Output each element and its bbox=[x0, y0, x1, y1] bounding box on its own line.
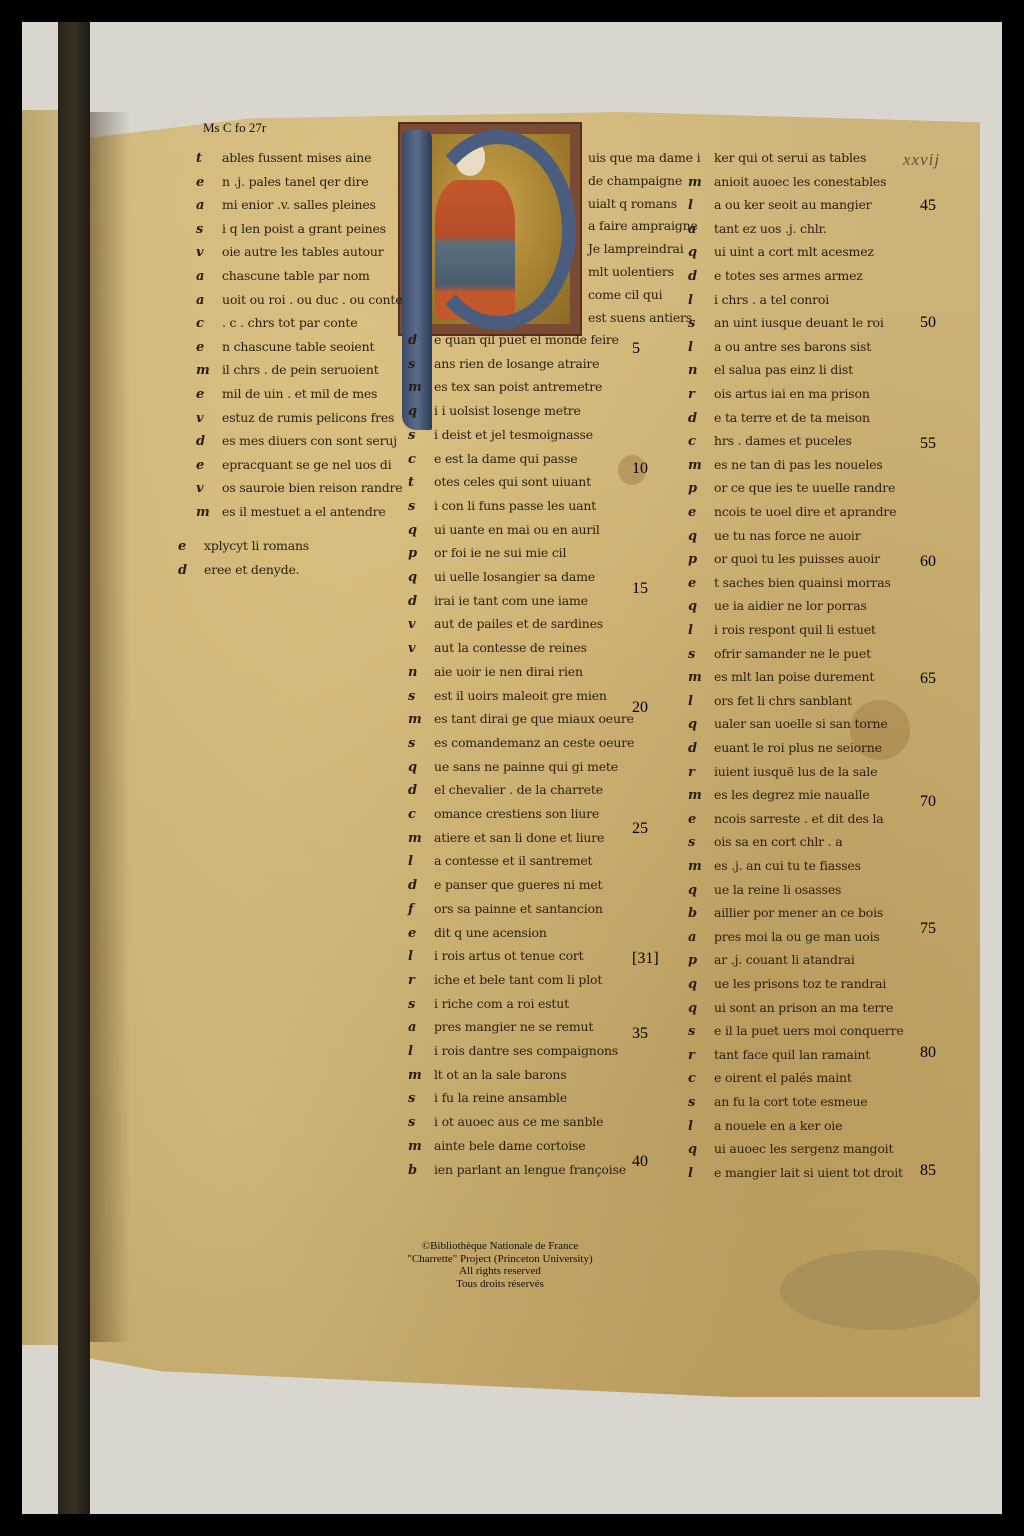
line-initial: q bbox=[408, 523, 434, 538]
verse-line: mes ne tan di pas les noueles bbox=[688, 457, 883, 479]
line-text: ans rien de losange atraire bbox=[434, 356, 599, 371]
verse-line: baillier por mener an ce bois bbox=[688, 905, 883, 927]
line-initial: f bbox=[408, 902, 434, 917]
verse-line: comance crestiens son liure bbox=[408, 806, 599, 828]
line-text: mil de uin . et mil de mes bbox=[222, 386, 377, 401]
line-text: eree et denyde. bbox=[204, 562, 299, 577]
verse-line: ce est la dame qui passe bbox=[408, 451, 577, 473]
verse-line: et saches bien quainsi morras bbox=[688, 575, 891, 597]
verse-line: explycyt li romans bbox=[178, 538, 309, 560]
line-initial: q bbox=[408, 404, 434, 419]
verse-line: la ou ker seoit au mangier bbox=[688, 197, 871, 219]
copyright-line: Tous droits réservés bbox=[380, 1278, 620, 1291]
line-initial: m bbox=[688, 859, 714, 874]
line-initial: p bbox=[408, 546, 434, 561]
line-initial: s bbox=[688, 1024, 714, 1039]
line-text: i fu la reine ansamble bbox=[434, 1090, 567, 1105]
line-initial: p bbox=[688, 481, 714, 496]
line-initial: s bbox=[408, 997, 434, 1012]
line-text: ui uelle losangier sa dame bbox=[434, 569, 595, 584]
line-initial: s bbox=[688, 835, 714, 850]
line-initial: m bbox=[196, 363, 222, 378]
verse-line: riche et bele tant com li plot bbox=[408, 972, 602, 994]
line-initial: s bbox=[408, 428, 434, 443]
line-initial: l bbox=[408, 1044, 434, 1059]
line-number: 60 bbox=[920, 553, 936, 571]
line-initial: c bbox=[688, 1071, 714, 1086]
verse-line: apres moi la ou ge man uois bbox=[688, 929, 880, 951]
line-initial: s bbox=[196, 222, 222, 237]
line-initial: r bbox=[688, 765, 714, 780]
line-initial: l bbox=[688, 623, 714, 638]
line-initial: d bbox=[408, 783, 434, 798]
copyright-line: "Charrette" Project (Princeton Universit… bbox=[380, 1253, 620, 1266]
line-initial: a bbox=[688, 930, 714, 945]
line-text: n chascune table seoient bbox=[222, 339, 374, 354]
line-initial: s bbox=[688, 316, 714, 331]
line-initial: l bbox=[688, 198, 714, 213]
verse-line: si con li funs passe les uant bbox=[408, 498, 596, 520]
line-text: ainte bele dame cortoise bbox=[434, 1138, 585, 1153]
line-initial: l bbox=[688, 293, 714, 308]
line-initial: r bbox=[408, 973, 434, 988]
verse-line: Je lampreindrai bbox=[588, 241, 684, 263]
line-text: euant le roi plus ne seiorne bbox=[714, 740, 882, 755]
line-initial: p bbox=[688, 953, 714, 968]
line-initial: s bbox=[408, 357, 434, 372]
verse-line: uis que ma dame i bbox=[588, 150, 700, 172]
verse-line: sans rien de losange atraire bbox=[408, 356, 599, 378]
line-initial: e bbox=[196, 340, 222, 355]
line-initial: e bbox=[178, 539, 204, 554]
line-text: e est la dame qui passe bbox=[434, 451, 577, 466]
line-text: ar .j. couant li atandrai bbox=[714, 952, 855, 967]
line-text: ui auoec les sergenz mangoit bbox=[714, 1141, 893, 1156]
verse-line: por quoi tu les puisses auoir bbox=[688, 551, 880, 573]
verse-line: del chevalier . de la charrete bbox=[408, 782, 603, 804]
verse-line: qui uante en mai ou en auril bbox=[408, 522, 600, 544]
line-text: es mes diuers con sont seruj bbox=[222, 433, 397, 448]
verse-line: vaut de pailes et de sardines bbox=[408, 616, 603, 638]
line-initial: a bbox=[688, 222, 714, 237]
line-initial: a bbox=[408, 1020, 434, 1035]
verse-line: de ta terre et de ta meison bbox=[688, 410, 870, 432]
line-initial: s bbox=[688, 1095, 714, 1110]
verse-line: qi i uolsist losenge metre bbox=[408, 403, 581, 425]
line-initial: q bbox=[408, 760, 434, 775]
line-text: ui uante en mai ou en auril bbox=[434, 522, 600, 537]
line-initial: d bbox=[688, 411, 714, 426]
verse-line: par .j. couant li atandrai bbox=[688, 952, 855, 974]
line-text: aillier por mener an ce bois bbox=[714, 905, 883, 920]
line-text: es tant dirai ge que miaux oeure bbox=[434, 711, 634, 726]
line-text: ors sa painne et santancion bbox=[434, 901, 603, 916]
line-text: a contesse et il santremet bbox=[434, 853, 592, 868]
line-text: dit q une acension bbox=[434, 925, 547, 940]
line-initial: a bbox=[196, 269, 222, 284]
line-text: e quan qil puet el monde feire bbox=[434, 332, 619, 347]
verse-line: si deist et jel tesmoignasse bbox=[408, 427, 593, 449]
line-number: 25 bbox=[632, 820, 648, 838]
line-initial: s bbox=[408, 499, 434, 514]
line-initial: q bbox=[688, 883, 714, 898]
verse-line: apres mangier ne se remut bbox=[408, 1019, 593, 1041]
verse-line: lors fet li chrs sanblant bbox=[688, 693, 852, 715]
line-text: e mangier lait si uient tot droit bbox=[714, 1165, 903, 1180]
line-text: ue tu nas force ne auoir bbox=[714, 528, 860, 543]
line-initial: c bbox=[408, 452, 434, 467]
line-initial: a bbox=[196, 293, 222, 308]
line-initial: d bbox=[408, 333, 434, 348]
verse-line: auoit ou roi . ou duc . ou conte bbox=[196, 292, 402, 314]
line-initial: m bbox=[688, 788, 714, 803]
verse-line: rois artus iai en ma prison bbox=[688, 386, 870, 408]
line-text: es les degrez mie naualle bbox=[714, 787, 870, 802]
line-text: mi enior .v. salles pleines bbox=[222, 197, 376, 212]
line-text: iuient iusquë lus de la sale bbox=[714, 764, 877, 779]
line-initial: d bbox=[178, 563, 204, 578]
verse-line: que sans ne painne qui gi mete bbox=[408, 759, 618, 781]
line-number: 10 bbox=[632, 460, 648, 478]
line-initial: m bbox=[688, 175, 714, 190]
line-initial: q bbox=[408, 570, 434, 585]
line-text: lt ot an la sale barons bbox=[434, 1067, 566, 1082]
line-number: 85 bbox=[920, 1162, 936, 1180]
line-number: 20 bbox=[632, 699, 648, 717]
line-text: el salua pas einz li dist bbox=[714, 362, 853, 377]
line-text: ncois sarreste . et dit des la bbox=[714, 811, 884, 826]
line-initial: q bbox=[688, 977, 714, 992]
line-text: el chevalier . de la charrete bbox=[434, 782, 603, 797]
line-text: pres mangier ne se remut bbox=[434, 1019, 593, 1034]
verse-line: encois te uoel dire et aprandre bbox=[688, 504, 896, 526]
verse-line: sois sa en cort chlr . a bbox=[688, 834, 842, 856]
line-initial: l bbox=[688, 1166, 714, 1181]
line-text: es ne tan di pas les noueles bbox=[714, 457, 883, 472]
line-initial: n bbox=[688, 363, 714, 378]
verse-line: matiere et san li done et liure bbox=[408, 830, 604, 852]
stain bbox=[780, 1250, 980, 1330]
line-initial: s bbox=[688, 647, 714, 662]
verse-line: chrs . dames et puceles bbox=[688, 433, 852, 455]
line-text: iche et bele tant com li plot bbox=[434, 972, 602, 987]
line-initial: q bbox=[688, 599, 714, 614]
line-initial: p bbox=[688, 552, 714, 567]
line-text: a nouele en a ker oie bbox=[714, 1118, 842, 1133]
verse-line: nel salua pas einz li dist bbox=[688, 362, 853, 384]
verse-line: san uint iusque deuant le roi bbox=[688, 315, 884, 337]
line-number: 50 bbox=[920, 314, 936, 332]
verse-line: se il la puet uers moi conquerre bbox=[688, 1023, 904, 1045]
line-initial: l bbox=[408, 854, 434, 869]
verse-line: totes celes qui sont uiuant bbox=[408, 474, 591, 496]
line-initial: s bbox=[408, 689, 434, 704]
line-text: otes celes qui sont uiuant bbox=[434, 474, 591, 489]
verse-line: riuient iusquë lus de la sale bbox=[688, 764, 877, 786]
verse-line: si riche com a roi estut bbox=[408, 996, 569, 1018]
line-initial: d bbox=[196, 434, 222, 449]
line-initial: l bbox=[688, 340, 714, 355]
verse-line: la nouele en a ker oie bbox=[688, 1118, 842, 1140]
line-initial: l bbox=[688, 694, 714, 709]
verse-line: tables fussent mises aine bbox=[196, 150, 371, 172]
line-text: ois artus iai en ma prison bbox=[714, 386, 870, 401]
verse-line: qui uelle losangier sa dame bbox=[408, 569, 595, 591]
verse-line: de totes ses armes armez bbox=[688, 268, 863, 290]
verse-line: mes tex san poist antremetre bbox=[408, 379, 602, 401]
line-number: 15 bbox=[632, 580, 648, 598]
line-number: 55 bbox=[920, 435, 936, 453]
line-text: i deist et jel tesmoignasse bbox=[434, 427, 593, 442]
line-text: atiere et san li done et liure bbox=[434, 830, 604, 845]
line-initial: e bbox=[196, 458, 222, 473]
line-initial: c bbox=[688, 434, 714, 449]
line-number: 75 bbox=[920, 920, 936, 938]
line-text: pres moi la ou ge man uois bbox=[714, 929, 880, 944]
line-initial: m bbox=[408, 380, 434, 395]
line-number: 80 bbox=[920, 1044, 936, 1062]
line-text: uoit ou roi . ou duc . ou conte bbox=[222, 292, 402, 307]
line-text: ue la reine li osasses bbox=[714, 882, 841, 897]
verse-line: mes tant dirai ge que miaux oeure bbox=[408, 711, 634, 733]
line-initial: r bbox=[688, 387, 714, 402]
verse-line: por foi ie ne sui mie cil bbox=[408, 545, 566, 567]
line-text: e ta terre et de ta meison bbox=[714, 410, 870, 425]
line-text: i riche com a roi estut bbox=[434, 996, 569, 1011]
line-text: tant ez uos .j. chlr. bbox=[714, 221, 827, 236]
line-text: e il la puet uers moi conquerre bbox=[714, 1023, 904, 1038]
line-initial: m bbox=[196, 505, 222, 520]
line-initial: b bbox=[688, 906, 714, 921]
verse-line: si q len poist a grant peines bbox=[196, 221, 386, 243]
line-initial: m bbox=[408, 1139, 434, 1154]
verse-line: des mes diuers con sont seruj bbox=[196, 433, 397, 455]
line-initial: l bbox=[688, 1119, 714, 1134]
verse-line: si fu la reine ansamble bbox=[408, 1090, 567, 1112]
verse-line: que les prisons toz te randrai bbox=[688, 976, 886, 998]
line-text: e panser que gueres ni met bbox=[434, 877, 602, 892]
line-text: ables fussent mises aine bbox=[222, 150, 371, 165]
line-initial: e bbox=[196, 175, 222, 190]
verse-line: vos sauroie bien reison randre bbox=[196, 480, 403, 502]
line-text: es .j. an cui tu te fiasses bbox=[714, 858, 861, 873]
verse-line: vestuz de rumis pelicons fres bbox=[196, 410, 394, 432]
line-initial: q bbox=[688, 717, 714, 732]
line-number: 70 bbox=[920, 793, 936, 811]
verse-line: ses comandemanz an ceste oeure bbox=[408, 735, 634, 757]
line-text: xplycyt li romans bbox=[204, 538, 309, 553]
line-text: i rois respont quil li estuet bbox=[714, 622, 876, 637]
copyright-notice: ©Bibliothèque Nationale de France "Charr… bbox=[380, 1240, 620, 1290]
line-text: ualer san uoelle si san torne bbox=[714, 716, 888, 731]
line-number: 45 bbox=[920, 197, 936, 215]
verse-line: sest il uoirs maleoit gre mien bbox=[408, 688, 607, 710]
line-initial: s bbox=[408, 736, 434, 751]
line-text: tant face quil lan ramaint bbox=[714, 1047, 870, 1062]
line-text: a ou ker seoit au mangier bbox=[714, 197, 871, 212]
line-text: omance crestiens son liure bbox=[434, 806, 599, 821]
verse-line: qui auoec les sergenz mangoit bbox=[688, 1141, 893, 1163]
line-initial: l bbox=[408, 949, 434, 964]
verse-line: le mangier lait si uient tot droit bbox=[688, 1165, 903, 1187]
verse-line: que la reine li osasses bbox=[688, 882, 841, 904]
verse-line: manioit auoec les conestables bbox=[688, 174, 886, 196]
line-text: ker qui ot serui as tables bbox=[714, 150, 866, 165]
line-initial: m bbox=[688, 458, 714, 473]
verse-line: deuant le roi plus ne seiorne bbox=[688, 740, 882, 762]
line-number: 40 bbox=[632, 1153, 648, 1171]
verse-line: a faire ampraigne bbox=[588, 218, 698, 240]
verse-line: naie uoir ie nen dirai rien bbox=[408, 664, 583, 686]
verse-line: sofrir samander ne le puet bbox=[688, 646, 871, 668]
line-text: i rois dantre ses compaignons bbox=[434, 1043, 618, 1058]
line-text: e oirent el palés maint bbox=[714, 1070, 852, 1085]
leaf-gutter-shadow bbox=[90, 112, 130, 1342]
line-number: 5 bbox=[632, 340, 640, 358]
copyright-line: ©Bibliothèque Nationale de France bbox=[380, 1240, 620, 1253]
line-text: or quoi tu les puisses auoir bbox=[714, 551, 880, 566]
verse-line: la ou antre ses barons sist bbox=[688, 339, 871, 361]
line-text: i i uolsist losenge metre bbox=[434, 403, 581, 418]
verse-line: de panser que gueres ni met bbox=[408, 877, 602, 899]
line-text: aie uoir ie nen dirai rien bbox=[434, 664, 583, 679]
line-text: i ot auoec aus ce me sanble bbox=[434, 1114, 603, 1129]
line-initial: d bbox=[688, 269, 714, 284]
verse-line: c. c . chrs tot par conte bbox=[196, 315, 357, 337]
line-text: or ce que ies te uuelle randre bbox=[714, 480, 895, 495]
line-initial: v bbox=[196, 481, 222, 496]
folio-marking: xxvij bbox=[903, 150, 940, 170]
verse-line: de quan qil puet el monde feire bbox=[408, 332, 619, 354]
verse-line: ker qui ot serui as tables bbox=[688, 150, 866, 172]
line-initial: b bbox=[408, 1163, 434, 1178]
line-text: aut la contesse de reines bbox=[434, 640, 587, 655]
line-text: es comandemanz an ceste oeure bbox=[434, 735, 634, 750]
line-initial: m bbox=[408, 712, 434, 727]
line-initial: d bbox=[688, 741, 714, 756]
verse-line: li rois artus ot tenue cort bbox=[408, 948, 584, 970]
line-text: ois sa en cort chlr . a bbox=[714, 834, 842, 849]
line-text: ue sans ne painne qui gi mete bbox=[434, 759, 618, 774]
line-text: estuz de rumis pelicons fres bbox=[222, 410, 394, 425]
verse-line: qui sont an prison an ma terre bbox=[688, 1000, 893, 1022]
line-initial: t bbox=[196, 151, 222, 166]
verse-line: deree et denyde. bbox=[178, 562, 299, 584]
line-text: anioit auoec les conestables bbox=[714, 174, 886, 189]
line-initial: m bbox=[408, 831, 434, 846]
verse-line: en .j. pales tanel qer dire bbox=[196, 174, 368, 196]
line-text: es il mestuet a el antendre bbox=[222, 504, 386, 519]
line-text: ui sont an prison an ma terre bbox=[714, 1000, 893, 1015]
line-text: os sauroie bien reison randre bbox=[222, 480, 403, 495]
verse-line: que tu nas force ne auoir bbox=[688, 528, 860, 550]
line-number: 65 bbox=[920, 670, 936, 688]
verse-line: la contesse et il santremet bbox=[408, 853, 592, 875]
verse-line: dirai ie tant com une iame bbox=[408, 593, 588, 615]
line-text: ors fet li chrs sanblant bbox=[714, 693, 852, 708]
verse-line: eepracquant se ge nel uos di bbox=[196, 457, 392, 479]
line-initial: n bbox=[408, 665, 434, 680]
verse-line: encois sarreste . et dit des la bbox=[688, 811, 884, 833]
line-text: es mlt lan poise durement bbox=[714, 669, 874, 684]
line-text: i chrs . a tel conroi bbox=[714, 292, 829, 307]
line-initial: q bbox=[688, 245, 714, 260]
line-initial: e bbox=[688, 812, 714, 827]
verse-line: li rois dantre ses compaignons bbox=[408, 1043, 618, 1065]
line-initial: d bbox=[408, 878, 434, 893]
line-initial: q bbox=[688, 1001, 714, 1016]
verse-line: li chrs . a tel conroi bbox=[688, 292, 829, 314]
line-initial: v bbox=[196, 411, 222, 426]
shelfmark-label: Ms C fo 27r bbox=[203, 120, 266, 136]
line-initial: e bbox=[408, 926, 434, 941]
line-text: i q len poist a grant peines bbox=[222, 221, 386, 236]
verse-line: qualer san uoelle si san torne bbox=[688, 716, 888, 738]
line-text: oie autre les tables autour bbox=[222, 244, 384, 259]
line-initial: v bbox=[196, 245, 222, 260]
verse-line: por ce que ies te uuelle randre bbox=[688, 480, 895, 502]
verse-line: mes les degrez mie naualle bbox=[688, 787, 870, 809]
line-initial: d bbox=[408, 594, 434, 609]
line-text: est il uoirs maleoit gre mien bbox=[434, 688, 607, 703]
verse-line: si ot auoec aus ce me sanble bbox=[408, 1114, 603, 1136]
verse-line: ce oirent el palés maint bbox=[688, 1070, 852, 1092]
line-text: an fu la cort tote esmeue bbox=[714, 1094, 868, 1109]
line-text: es tex san poist antremetre bbox=[434, 379, 602, 394]
line-initial: c bbox=[196, 316, 222, 331]
line-text: epracquant se ge nel uos di bbox=[222, 457, 392, 472]
line-text: irai ie tant com une iame bbox=[434, 593, 588, 608]
verse-line: emil de uin . et mil de mes bbox=[196, 386, 377, 408]
line-initial: e bbox=[688, 576, 714, 591]
verse-line: mainte bele dame cortoise bbox=[408, 1138, 585, 1160]
line-text: an uint iusque deuant le roi bbox=[714, 315, 884, 330]
line-text: or foi ie ne sui mie cil bbox=[434, 545, 566, 560]
verse-line: ami enior .v. salles pleines bbox=[196, 197, 376, 219]
line-text: il chrs . de pein seruoient bbox=[222, 362, 379, 377]
copyright-line: All rights reserved bbox=[380, 1265, 620, 1278]
verse-line: mlt uolentiers bbox=[588, 264, 674, 286]
verse-line: mes mlt lan poise durement bbox=[688, 669, 874, 691]
verse-line: voie autre les tables autour bbox=[196, 244, 384, 266]
line-text: chascune table par nom bbox=[222, 268, 370, 283]
line-initial: a bbox=[196, 198, 222, 213]
verse-line: bien parlant an lengue françoise bbox=[408, 1162, 626, 1184]
line-initial: q bbox=[688, 529, 714, 544]
verse-line: est suens antiers bbox=[588, 310, 692, 332]
line-text: ien parlant an lengue françoise bbox=[434, 1162, 626, 1177]
initial-letter-bowl bbox=[420, 130, 576, 330]
line-initial: v bbox=[408, 617, 434, 632]
line-initial: v bbox=[408, 641, 434, 656]
verse-line: mes .j. an cui tu te fiasses bbox=[688, 858, 861, 880]
line-text: a ou antre ses barons sist bbox=[714, 339, 871, 354]
line-text: . c . chrs tot par conte bbox=[222, 315, 357, 330]
verse-line: edit q une acension bbox=[408, 925, 547, 947]
verse-line: de champaigne bbox=[588, 173, 682, 195]
verse-line: achascune table par nom bbox=[196, 268, 370, 290]
line-text: ncois te uoel dire et aprandre bbox=[714, 504, 896, 519]
line-text: ui uint a cort mlt acesmez bbox=[714, 244, 874, 259]
line-text: e totes ses armes armez bbox=[714, 268, 863, 283]
verse-line: san fu la cort tote esmeue bbox=[688, 1094, 868, 1116]
line-initial: m bbox=[408, 1068, 434, 1083]
line-text: i rois artus ot tenue cort bbox=[434, 948, 584, 963]
line-text: aut de pailes et de sardines bbox=[434, 616, 603, 631]
verse-line: atant ez uos .j. chlr. bbox=[688, 221, 827, 243]
line-initial: e bbox=[196, 387, 222, 402]
verse-line: rtant face quil lan ramaint bbox=[688, 1047, 870, 1069]
